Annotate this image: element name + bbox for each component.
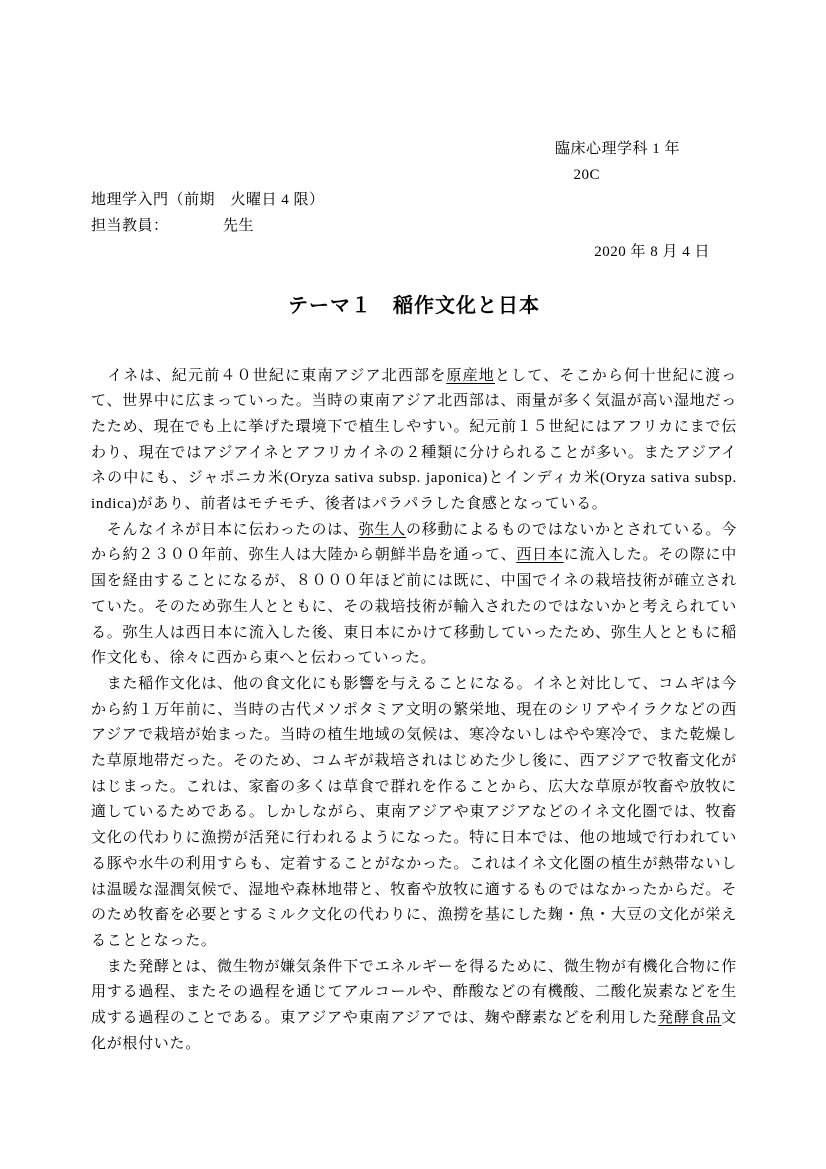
text-run: また稲作文化は、他の食文化にも影響を与えることになる。イネと対比して、コムギは今… — [91, 676, 737, 949]
text-run: に流入した。その際に中国を経由することになるが、８０００年ほど前には既に、中国で… — [91, 547, 737, 666]
underlined-term: 発酵食品 — [658, 1010, 721, 1026]
text-run: として、そこから何十世紀に渡って、世界中に広まっていった。当時の東南アジア北西部… — [91, 368, 737, 513]
paragraph-wheat-pastoral-culture: また稲作文化は、他の食文化にも影響を与えることになる。イネと対比して、コムギは今… — [91, 672, 737, 955]
text-run: また発酵とは、微生物が嫌気条件下でエネルギーを得るために、微生物が有機化合物に作… — [91, 959, 737, 1026]
class-code: 20C — [91, 163, 737, 189]
text-run: イネは、紀元前４０世紀に東南アジア北西部を — [91, 368, 446, 384]
paragraph-yayoi-migration: そんなイネが日本に伝わったのは、弥生人の移動によるものではないかとされている。今… — [91, 518, 737, 672]
underlined-term: 西日本 — [516, 547, 563, 563]
document-page: 臨床心理学科 1 年 20C 地理学入門（前期 火曜日 4 限） 担当教員： 先… — [0, 0, 826, 1169]
student-affiliation: 臨床心理学科 1 年 — [91, 137, 737, 163]
date-line: 2020 年 8 月 4 日 — [91, 240, 737, 266]
paragraph-fermentation: また発酵とは、微生物が嫌気条件下でエネルギーを得るために、微生物が有機化合物に作… — [91, 955, 737, 1058]
underlined-term: 原産地 — [446, 368, 495, 384]
underlined-term: 弥生人 — [359, 522, 406, 538]
document-header: 臨床心理学科 1 年 20C 地理学入門（前期 火曜日 4 限） 担当教員： 先… — [91, 137, 737, 266]
document-title: テーマ１ 稲作文化と日本 — [91, 289, 737, 323]
text-run: そんなイネが日本に伝わったのは、 — [91, 522, 359, 538]
course-title-line: 地理学入門（前期 火曜日 4 限） — [91, 188, 737, 214]
instructor-line: 担当教員： 先生 — [91, 214, 737, 240]
document-body: イネは、紀元前４０世紀に東南アジア北西部を原産地として、そこから何十世紀に渡って… — [91, 364, 737, 1058]
paragraph-rice-origin: イネは、紀元前４０世紀に東南アジア北西部を原産地として、そこから何十世紀に渡って… — [91, 364, 737, 518]
